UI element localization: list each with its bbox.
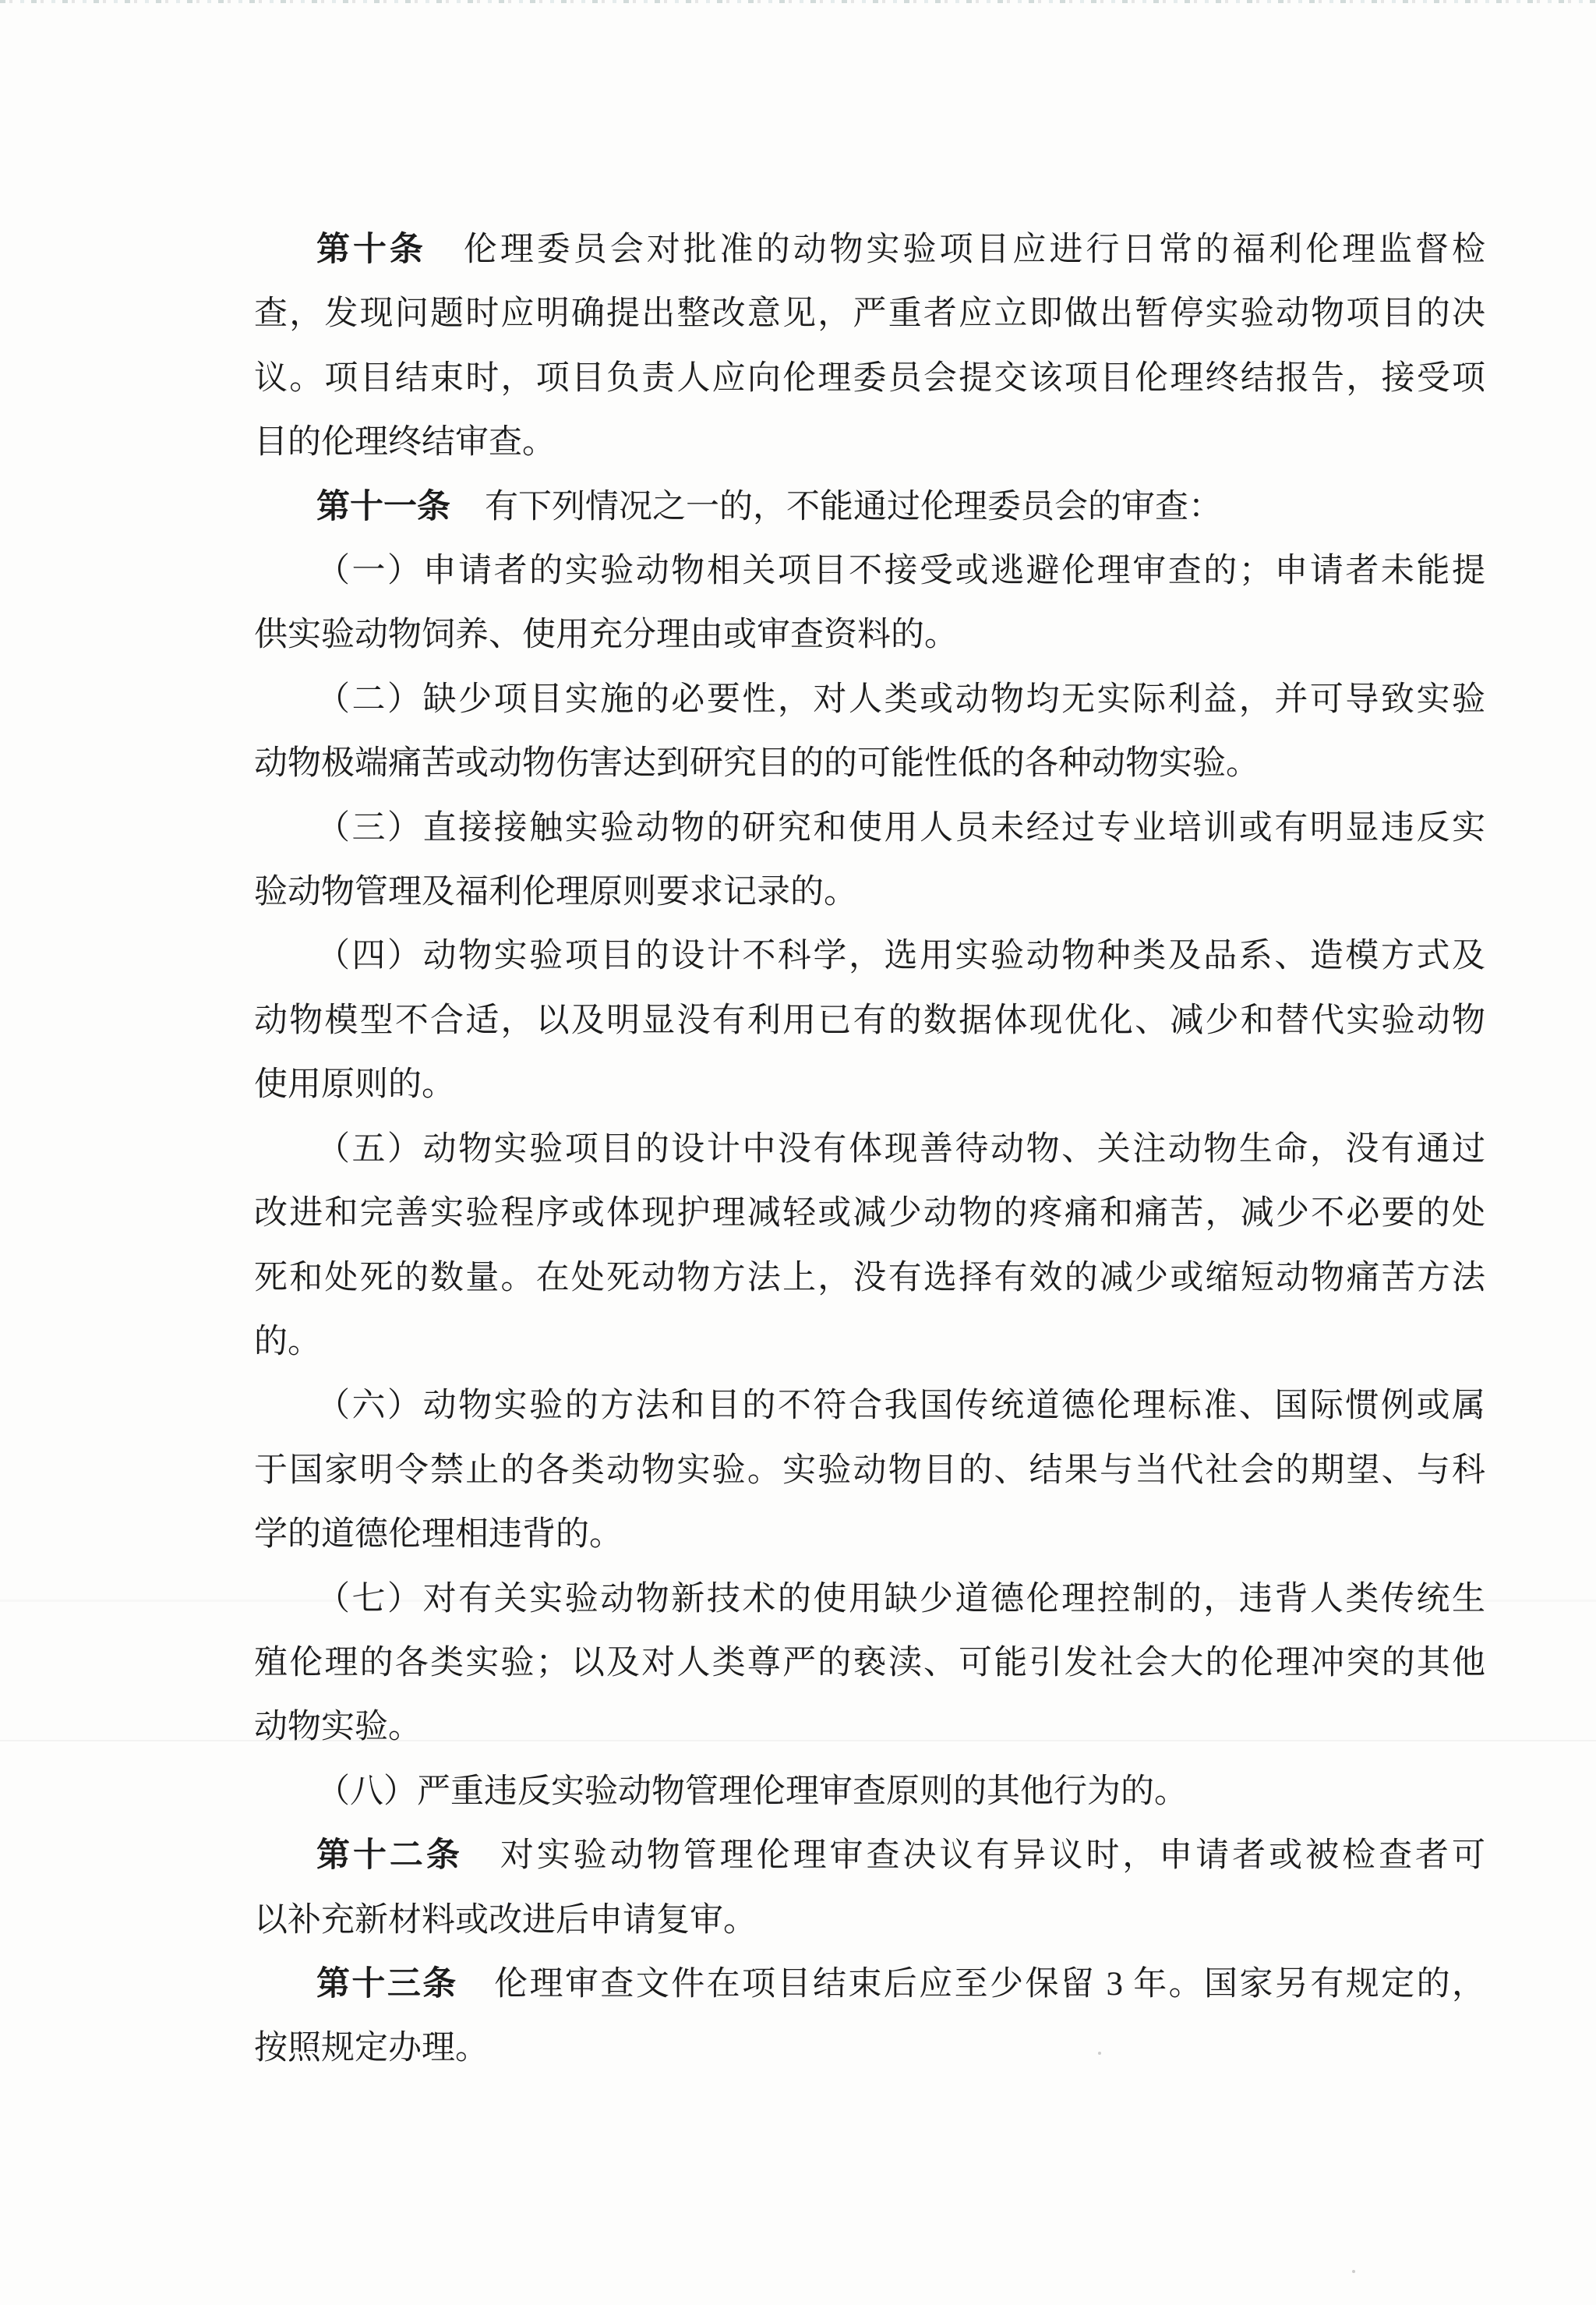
text-line: （四）动物实验项目的设计不科学，选用实验动物种类及品系、造模方式及 <box>254 924 1485 988</box>
text-line: （六）动物实验的方法和目的不符合我国传统道德伦理标准、国际惯例或属 <box>254 1374 1485 1438</box>
list-item-paragraph: （八）严重违反实验动物管理伦理审查原则的其他行为的。 <box>254 1760 1485 1824</box>
text-line: （二）缺少项目实施的必要性，对人类或动物均无实际利益，并可导致实验 <box>254 668 1485 732</box>
text-line: （一）申请者的实验动物相关项目不接受或逃避伦理审查的；申请者未能提 <box>254 539 1485 603</box>
text-line: 第十一条有下列情况之一的，不能通过伦理委员会的审查： <box>254 475 1485 539</box>
line-text: 对实验动物管理伦理审查决议有异议时，申请者或被检查者可 <box>497 1837 1485 1874</box>
text-line: （八）严重违反实验动物管理伦理审查原则的其他行为的。 <box>254 1760 1485 1824</box>
text-line: 目的伦理终结审查。 <box>254 411 1485 475</box>
text-line: 以补充新材料或改进后申请复审。 <box>254 1889 1485 1953</box>
text-line: 改进和完善实验程序或体现护理减轻或减少动物的疼痛和痛苦，减少不必要的处 <box>254 1182 1485 1246</box>
list-item-paragraph: （一）申请者的实验动物相关项目不接受或逃避伦理审查的；申请者未能提供实验动物饲养… <box>254 539 1485 668</box>
text-line: 第十条伦理委员会对批准的动物实验项目应进行日常的福利伦理监督检 <box>254 218 1485 282</box>
text-line: （七）对有关实验动物新技术的使用缺少道德伦理控制的，违背人类传统生 <box>254 1568 1485 1632</box>
text-line: 查，发现问题时应明确提出整改意见，严重者应立即做出暂停实验动物项目的决 <box>254 282 1485 346</box>
text-line: （三）直接接触实验动物的研究和使用人员未经过专业培训或有明显违反实 <box>254 797 1485 861</box>
text-line: 学的道德伦理相违背的。 <box>254 1503 1485 1567</box>
list-item-paragraph: （六）动物实验的方法和目的不符合我国传统道德伦理标准、国际惯例或属于国家明令禁止… <box>254 1374 1485 1567</box>
scan-speckle <box>1352 2270 1355 2273</box>
text-line: 第十三条伦理审查文件在项目结束后应至少保留 3 年。国家另有规定的， <box>254 1953 1485 2017</box>
line-text: 伦理委员会对批准的动物实验项目应进行日常的福利伦理监督检 <box>461 232 1485 268</box>
list-item-paragraph: （三）直接接触实验动物的研究和使用人员未经过专业培训或有明显违反实验动物管理及福… <box>254 797 1485 925</box>
text-line: 殖伦理的各类实验；以及对人类尊严的亵渎、可能引发社会大的伦理冲突的其他 <box>254 1632 1485 1695</box>
article-number: 第十二条 <box>316 1837 463 1874</box>
text-line: 供实验动物饲养、使用充分理由或审查资料的。 <box>254 603 1485 667</box>
text-line: 的。 <box>254 1310 1485 1374</box>
text-line: 议。项目结束时，项目负责人应向伦理委员会提交该项目伦理终结报告，接受项 <box>254 347 1485 411</box>
list-item-paragraph: （二）缺少项目实施的必要性，对人类或动物均无实际利益，并可导致实验动物极端痛苦或… <box>254 668 1485 797</box>
text-line: 验动物管理及福利伦理原则要求记录的。 <box>254 861 1485 924</box>
article-paragraph: 第十三条伦理审查文件在项目结束后应至少保留 3 年。国家另有规定的，按照规定办理… <box>254 1953 1485 2081</box>
article-paragraph: 第十二条对实验动物管理伦理审查决议有异议时，申请者或被检查者可以补充新材料或改进… <box>254 1824 1485 1953</box>
text-line: 动物极端痛苦或动物伤害达到研究目的的可能性低的各种动物实验。 <box>254 732 1485 796</box>
text-line: 动物实验。 <box>254 1695 1485 1759</box>
line-text: 有下列情况之一的，不能通过伦理委员会的审查： <box>485 489 1222 525</box>
text-line: （五）动物实验项目的设计中没有体现善待动物、关注动物生命，没有通过 <box>254 1118 1485 1182</box>
article-number: 第十条 <box>316 232 426 268</box>
article-number: 第十三条 <box>316 1966 458 2003</box>
text-line: 动物模型不合适，以及明显没有利用已有的数据体现优化、减少和替代实验动物 <box>254 989 1485 1053</box>
text-line: 按照规定办理。 <box>254 2017 1485 2081</box>
article-paragraph: 第十一条有下列情况之一的，不能通过伦理委员会的审查： <box>254 475 1485 539</box>
text-line: 死和处死的数量。在处死动物方法上，没有选择有效的减少或缩短动物痛苦方法 <box>254 1246 1485 1310</box>
text-line: 于国家明令禁止的各类动物实验。实验动物目的、结果与当代社会的期望、与科 <box>254 1439 1485 1503</box>
text-line: 第十二条对实验动物管理伦理审查决议有异议时，申请者或被检查者可 <box>254 1824 1485 1888</box>
scanned-document-page: 第十条伦理委员会对批准的动物实验项目应进行日常的福利伦理监督检查，发现问题时应明… <box>0 0 1596 2305</box>
document-text-block: 第十条伦理委员会对批准的动物实验项目应进行日常的福利伦理监督检查，发现问题时应明… <box>254 218 1485 2081</box>
text-line: 使用原则的。 <box>254 1053 1485 1117</box>
article-paragraph: 第十条伦理委员会对批准的动物实验项目应进行日常的福利伦理监督检查，发现问题时应明… <box>254 218 1485 475</box>
article-number: 第十一条 <box>316 489 450 525</box>
list-item-paragraph: （四）动物实验项目的设计不科学，选用实验动物种类及品系、造模方式及动物模型不合适… <box>254 924 1485 1117</box>
line-text: 伦理审查文件在项目结束后应至少保留 3 年。国家另有规定的， <box>493 1966 1485 2003</box>
list-item-paragraph: （五）动物实验项目的设计中没有体现善待动物、关注动物生命，没有通过改进和完善实验… <box>254 1118 1485 1375</box>
scanner-edge-artifact <box>0 0 1596 3</box>
list-item-paragraph: （七）对有关实验动物新技术的使用缺少道德伦理控制的，违背人类传统生殖伦理的各类实… <box>254 1568 1485 1760</box>
